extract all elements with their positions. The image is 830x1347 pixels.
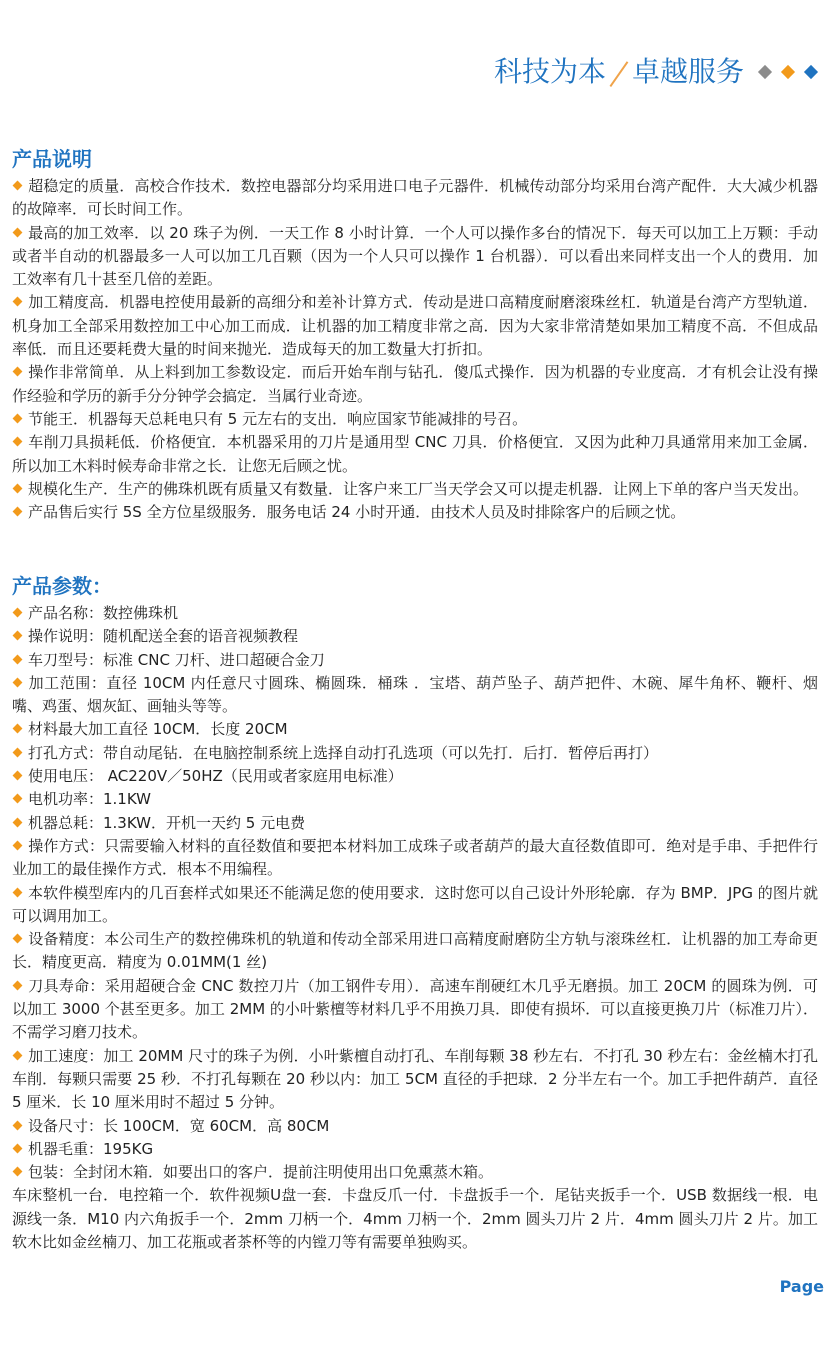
description-list: 超稳定的质量．高校合作技术．数控电器部分均采用进口电子元器件．机械传动部分均采用… — [12, 175, 818, 524]
diamond-decoration — [760, 67, 816, 77]
accessories-text: 车床整机一台．电控箱一个．软件视频U盘一套．卡盘反爪一付．卡盘扳手一个．尾钻夹扳… — [12, 1184, 818, 1254]
bullet-diamond-icon — [13, 771, 23, 781]
parameter-item: 刀具寿命：采用超硬合金 CNC 数控刀片（加工钢件专用）．高速车削硬红木几乎无磨… — [12, 975, 818, 1045]
bullet-diamond-icon — [13, 934, 23, 944]
parameter-item: 机器总耗：1.3KW．开机一天约 5 元电费 — [12, 812, 818, 835]
parameter-item: 包装：全封闭木箱．如要出口的客户．提前注明使用出口免熏蒸木箱。 — [12, 1161, 818, 1184]
section-title-description: 产品说明 — [12, 145, 818, 173]
product-description-section: 产品说明 超稳定的质量．高校合作技术．数控电器部分均采用进口电子元器件．机械传动… — [12, 145, 818, 524]
bullet-diamond-icon — [13, 817, 23, 827]
parameter-item: 加工范围：直径 10CM 内任意尺寸圆珠、椭圆珠．桶珠 ．宝塔、葫芦坠子、葫芦把… — [12, 672, 818, 719]
section-title-parameters: 产品参数： — [12, 572, 818, 600]
parameter-item: 操作说明：随机配送全套的语音视频教程 — [12, 625, 818, 648]
parameter-item: 操作方式：只需要输入材料的直径数值和要把本材料加工成珠子或者葫芦的最大直径数值即… — [12, 835, 818, 882]
parameter-item: 使用电压： AC220V／50HZ（民用或者家庭用电标准） — [12, 765, 818, 788]
product-parameters-section: 产品参数： 产品名称：数控佛珠机 操作说明：随机配送全套的语音视频教程 车刀型号… — [12, 572, 818, 1254]
description-item: 操作非常简单．从上料到加工参数设定．而后开始车削与钻孔．傻瓜式操作．因为机器的专… — [12, 361, 818, 408]
parameter-item: 产品名称：数控佛珠机 — [12, 602, 818, 625]
parameter-item: 机器毛重：195KG — [12, 1138, 818, 1161]
bullet-diamond-icon — [13, 631, 23, 641]
bullet-diamond-icon — [13, 654, 23, 664]
page-label: Page — [780, 1277, 824, 1296]
parameter-item: 打孔方式：带自动尾钻．在电脑控制系统上选择自动打孔选项（可以先打．后打．暂停后再… — [12, 742, 818, 765]
bullet-diamond-icon — [13, 1167, 23, 1177]
description-item: 加工精度高．机器电控使用最新的高细分和差补计算方式．传动是进口高精度耐磨滚珠丝杠… — [12, 291, 818, 361]
slogan-left: 科技为本 — [494, 52, 606, 92]
bullet-diamond-icon — [13, 887, 23, 897]
bullet-diamond-icon — [13, 437, 23, 447]
bullet-diamond-icon — [13, 367, 23, 377]
bullet-diamond-icon — [13, 794, 23, 804]
bullet-diamond-icon — [13, 1050, 23, 1060]
bullet-diamond-icon — [13, 677, 23, 687]
slogan-right: 卓越服务 — [632, 52, 744, 92]
bullet-diamond-icon — [13, 841, 23, 851]
bullet-diamond-icon — [13, 1143, 23, 1153]
parameter-item: 加工速度：加工 20MM 尺寸的珠子为例．小叶紫檀自动打孔、车削每颗 38 秒左… — [12, 1045, 818, 1115]
description-item: 最高的加工效率．以 20 珠子为例．一天工作 8 小时计算．一个人可以操作多台的… — [12, 222, 818, 292]
parameter-item: 电机功率：1.1KW — [12, 788, 818, 811]
description-item: 节能王．机器每天总耗电只有 5 元左右的支出．响应国家节能减排的号召。 — [12, 408, 818, 431]
bullet-diamond-icon — [13, 414, 23, 424]
bullet-diamond-icon — [13, 724, 23, 734]
bullet-diamond-icon — [13, 1120, 23, 1130]
parameter-item: 设备精度：本公司生产的数控佛珠机的轨道和传动全部采用进口高精度耐磨防尘方轨与滚珠… — [12, 928, 818, 975]
bullet-diamond-icon — [13, 297, 23, 307]
gray-diamond-icon — [758, 65, 772, 79]
description-item: 规模化生产．生产的佛珠机既有质量又有数量．让客户来工厂当天学会又可以提走机器．让… — [12, 478, 818, 501]
parameter-item: 材料最大加工直径 10CM．长度 20CM — [12, 718, 818, 741]
bullet-diamond-icon — [13, 608, 23, 618]
bullet-diamond-icon — [13, 980, 23, 990]
blue-diamond-icon — [804, 65, 818, 79]
bullet-diamond-icon — [13, 227, 23, 237]
header-slogan: 科技为本 卓越服务 — [494, 52, 816, 92]
slash-divider — [608, 57, 630, 87]
parameter-item: 设备尺寸：长 100CM．宽 60CM．高 80CM — [12, 1115, 818, 1138]
description-item: 车削刀具损耗低．价格便宜．本机器采用的刀片是通用型 CNC 刀具．价格便宜．又因… — [12, 431, 818, 478]
description-item: 产品售后实行 5S 全方位星级服务．服务电话 24 小时开通．由技术人员及时排除… — [12, 501, 818, 524]
parameter-item: 车刀型号：标准 CNC 刀杆、进口超硬合金刀 — [12, 649, 818, 672]
parameters-list: 产品名称：数控佛珠机 操作说明：随机配送全套的语音视频教程 车刀型号：标准 CN… — [12, 602, 818, 1254]
bullet-diamond-icon — [13, 181, 23, 191]
orange-diamond-icon — [781, 65, 795, 79]
bullet-diamond-icon — [13, 747, 23, 757]
parameter-item: 本软件模型库内的几百套样式如果还不能满足您的使用要求．这时您可以自己设计外形轮廓… — [12, 882, 818, 929]
bullet-diamond-icon — [13, 507, 23, 517]
description-item: 超稳定的质量．高校合作技术．数控电器部分均采用进口电子元器件．机械传动部分均采用… — [12, 175, 818, 222]
bullet-diamond-icon — [13, 483, 23, 493]
